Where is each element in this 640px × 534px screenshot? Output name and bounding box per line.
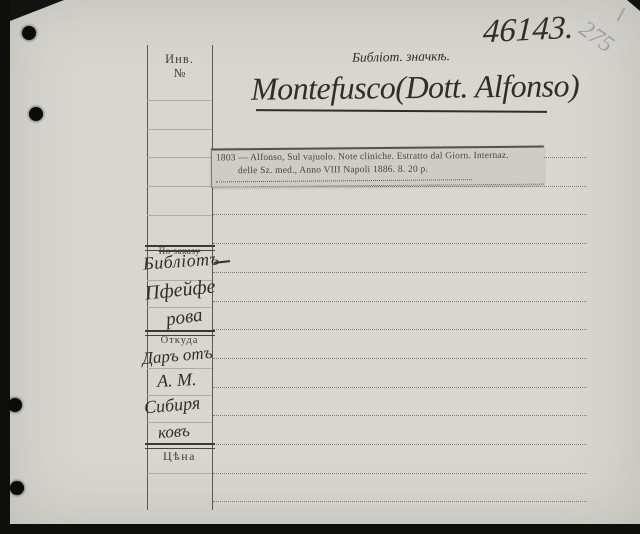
column-ruled-line	[147, 100, 212, 101]
ruled-line	[213, 214, 587, 215]
pasted-citation-slip: 1803 — Alfonso, Sul vajuolo. Note clinic…	[211, 146, 544, 188]
ruled-line	[213, 358, 587, 359]
column-ruled-line	[147, 129, 212, 130]
ruled-line	[213, 243, 587, 244]
library-mark-note: Библіот. значкѣ.	[352, 48, 450, 66]
scan-edge-bottom	[0, 524, 640, 534]
punch-hole	[22, 26, 36, 40]
column-ruled-line	[147, 215, 212, 216]
ruled-line	[213, 301, 587, 302]
punch-hole	[8, 398, 22, 412]
ruled-line	[213, 387, 587, 388]
column-ruled-line	[147, 473, 212, 474]
punch-hole	[29, 107, 43, 121]
ruled-line	[213, 501, 587, 502]
ruled-line	[213, 329, 587, 330]
column-ruled-line	[147, 186, 212, 187]
ruled-line	[213, 444, 587, 445]
column-ruled-line	[147, 157, 212, 158]
punch-hole	[10, 481, 24, 495]
inventory-label: Инв.	[147, 52, 212, 67]
scan-corner-top-right	[627, 0, 640, 11]
scanned-catalog-card: Инв. № По заказу Откуда Цѣна 46143. 275 …	[0, 0, 640, 534]
origin-entry: ковъ	[157, 421, 190, 443]
scan-edge-left	[0, 0, 10, 534]
price-label: Цѣна	[147, 449, 212, 464]
ruled-line	[213, 415, 587, 416]
slip-inner-rule	[216, 179, 472, 182]
ruled-line	[213, 473, 587, 474]
citation-line-2: delle Sz. med., Anno VIII Napoli 1886. 8…	[238, 163, 544, 177]
column-border-left	[147, 45, 148, 510]
ruled-line	[213, 272, 587, 273]
accession-number-handwritten: 46143.	[482, 10, 575, 52]
origin-entry: А. М.	[156, 369, 197, 392]
scan-corner-top-left	[10, 0, 64, 21]
inventory-number-sign: №	[147, 66, 212, 81]
author-heading: Montefusco(Dott. Alfonso)	[251, 67, 580, 107]
